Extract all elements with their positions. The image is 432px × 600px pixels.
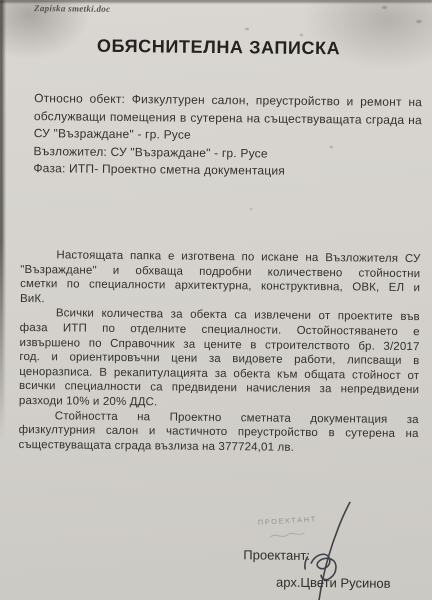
subject-block: Относно обект: Физкултурен салон, преуст… [33, 90, 422, 182]
body-text: Настоящата папка е изготвена по искане н… [18, 248, 420, 456]
document-sheet: Zapiska smetki.doc ОБЯСНИТЕЛНА ЗАПИСКА О… [0, 0, 432, 600]
text-line: Фаза: ИТП- Проектно сметна документация [33, 160, 421, 182]
designer-name: арх.Цвети Русинов [276, 575, 391, 591]
scanned-document-photo: Zapiska smetki.doc ОБЯСНИТЕЛНА ЗАПИСКА О… [0, 0, 432, 600]
page-title: ОБЯСНИТЕЛНА ЗАПИСКА [3, 35, 432, 61]
document-filename: Zapiska smetki.doc [34, 3, 111, 14]
